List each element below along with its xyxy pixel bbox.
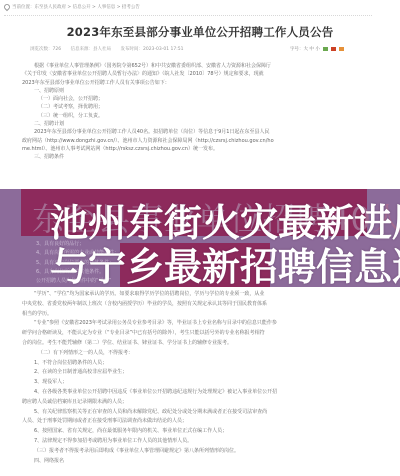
paragraph: “学历”、“学位”均为国家承认的学历。如要求取得学历学位的招聘岗位，学历与学位的… — [22, 290, 378, 300]
section-heading: 三、招聘条件 — [22, 153, 378, 161]
list-item: 4、在各级各类事业单位公开招聘中因违反《事业单位公开招聘违纪违规行为处理规定》被… — [22, 388, 378, 398]
list-item: 5、有关纪律监察机关等正在审查的人员和尚未解除党纪、政纪处分或处分期未满或者正在… — [22, 408, 378, 418]
section-heading: 四、网络报名 — [22, 457, 378, 467]
list-item: （一）面向社会，公开招聘； — [22, 95, 378, 103]
view-count: 浏览次数：726 — [30, 47, 61, 52]
color-swatch-red[interactable] — [331, 47, 336, 51]
list-heading: （二）有下列情形之一的人员，不得报考： — [22, 349, 378, 359]
list-item: 聘应聘人员诚信档案库且记录期限未满的人员； — [22, 398, 378, 408]
list-item: 2、在读的全日制普通高校非应届毕业生； — [22, 368, 378, 378]
article-meta: 浏览次数：726 信息来源：县人社局 发布时间：2023-03-01 17:51 — [30, 46, 192, 52]
publish-date: 发布时间：2023-03-01 17:51 — [120, 47, 183, 52]
font-size-control: 字号：大 中 小 — [290, 46, 344, 52]
list-item: （三）统一组织，分工负责。 — [22, 112, 378, 120]
list-item: 6、按照国家、省有关规定，尚在最低服务年限内的机关、事业单位正式在编工作人员； — [22, 427, 378, 437]
paragraph: 合的岗位。考生不能凭辅修（第二）学位、结业证书、肄业证书、学分证书上的辅修专业报… — [22, 339, 378, 349]
paragraph-link[interactable]: 政府网站（http://www.dongzhi.gov.cn/）、池州市人力资源… — [22, 137, 378, 145]
paragraph: 中央党校、省委党校两年制以上班次（含校内函授学历）毕业的学员，按照有关规定承认其… — [22, 300, 378, 310]
paragraph-link[interactable]: me.html）、池州市人事考试网站网（http://rsksz.czsrsj.… — [22, 145, 378, 153]
headline-line-2: 与宁乡最新招聘信息速 — [50, 236, 400, 291]
paragraph: 2023年东至县部分事业单位公开招聘工作人员40名。拟招聘单位（岗位）等信息于9… — [22, 128, 378, 136]
page-title: 2023年东至县部分事业单位公开招聘工作人员公告 — [0, 24, 400, 40]
list-item: （二）考试考察，择优聘用； — [22, 103, 378, 111]
list-item: 人员、处于刑事处罚期间或者正在接受刑事司法调查尚未做出结论的人员； — [22, 417, 378, 427]
list-item: （三）报考者不得报考录用后即构成《事业单位人事管理回避规定》第八条所列情形的岗位… — [22, 447, 378, 457]
list-item: 7、法律规定不得参加招考或聘用为事业单位工作人员的其他情形人员。 — [22, 437, 378, 447]
paragraph: 2023年东至县部分事业单位公开招聘工作人员有关事项公告如下： — [22, 79, 378, 87]
paragraph: 根据《事业单位人事管理条例》（国务院令第652号）和中共安徽省委组织部、安徽省人… — [22, 62, 378, 70]
article-body-lower: “学历”、“学位”均为国家承认的学历。如要求取得学历学位的招聘岗位，学历与学位的… — [22, 290, 378, 466]
section-heading: 一、招聘原则 — [22, 87, 378, 95]
list-item: 1、不符合岗位招聘条件的人员； — [22, 359, 378, 369]
article-body: 根据《事业单位人事管理条例》（国务院令第652号）和中共安徽省委组织部、安徽省人… — [22, 62, 378, 162]
section-heading: 二、招聘计划 — [22, 120, 378, 128]
paragraph: “专业”参照《安徽省2023年考试录用公务员专业参考目录》等，毕业证书上专业名称… — [22, 319, 378, 329]
font-size-label[interactable]: 字号：大 中 小 — [290, 46, 320, 52]
breadcrumb-divider — [4, 15, 372, 16]
location-pin-icon — [3, 3, 11, 11]
paragraph: 研学问合格研读及，不能认定为专业（“专业目录”中已有括号的除外），考生只能以括号… — [22, 329, 378, 339]
color-swatch-orange[interactable] — [339, 47, 344, 51]
color-swatch-green[interactable] — [323, 47, 328, 51]
list-item: 3、现役军人； — [22, 378, 378, 388]
breadcrumb-text[interactable]: 当前位置：东至县人民政府 > 信息公开 > 人事信息 > 招考公告 — [12, 4, 140, 10]
paragraph: 《关于印发〈安徽省事业单位公开招聘人员暂行办法〉的通知》（皖人社发〔2010〕7… — [22, 70, 378, 78]
paragraph: 相当的学历。 — [22, 310, 378, 320]
breadcrumb: 当前位置：东至县人民政府 > 信息公开 > 人事信息 > 招考公告 — [4, 4, 140, 10]
article-source: 信息来源：县人社局 — [71, 47, 112, 52]
